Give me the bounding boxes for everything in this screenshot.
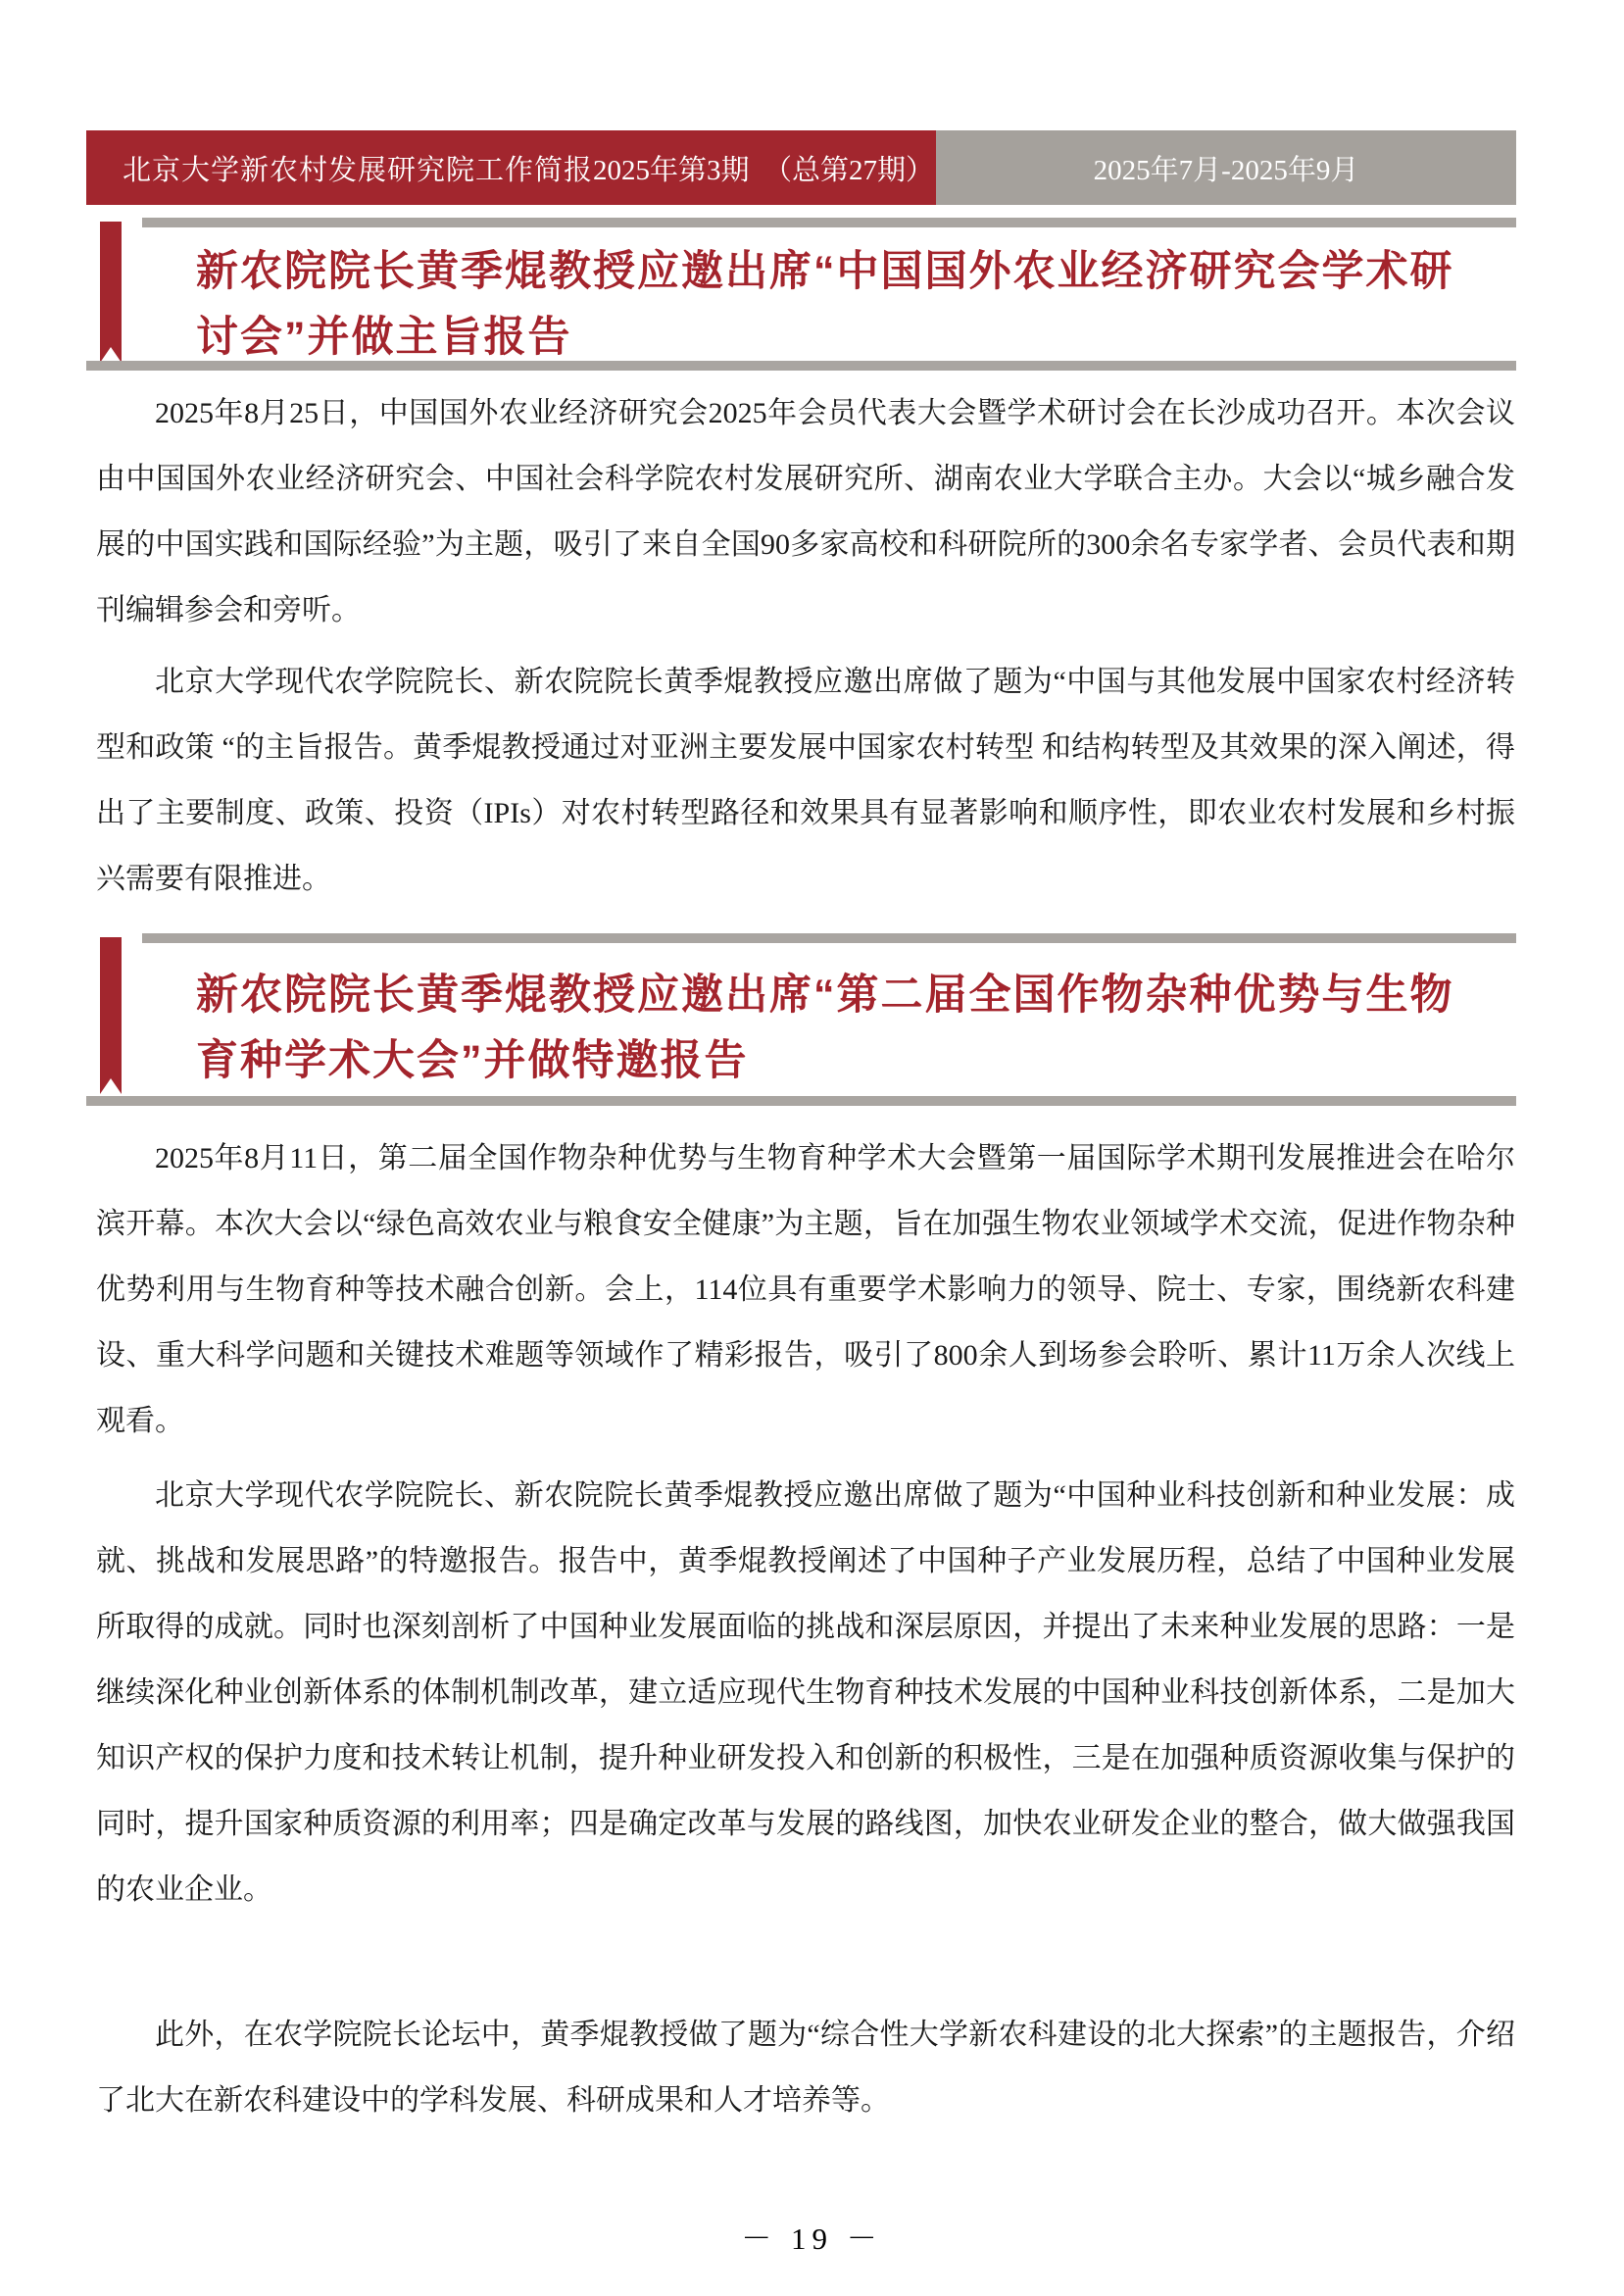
body-paragraph: 2025年8月11日，第二届全国作物杂种优势与生物育种学术大会暨第一届国际学术期… [96,1125,1515,1454]
masthead-title: 北京大学新农村发展研究院工作简报 [123,148,593,188]
ribbon-bookmark-icon [100,937,122,1094]
masthead-red-band: 北京大学新农村发展研究院工作简报 2025年第3期 （总第27期） [86,130,936,205]
divider-bar-bottom [86,361,1516,371]
body-paragraph: 北京大学现代农学院院长、新农院院长黄季焜教授应邀出席做了题为“中国种业科技创新和… [96,1463,1515,1922]
masthead-period-band: 2025年7月-2025年9月 [936,130,1516,205]
masthead: 北京大学新农村发展研究院工作简报 2025年第3期 （总第27期） 2025年7… [86,130,1516,205]
divider-bar-top [142,218,1516,227]
body-paragraph: 2025年8月25日，中国国外农业经济研究会2025年会员代表大会暨学术研讨会在… [96,380,1515,643]
body-paragraph: 北京大学现代农学院院长、新农院院长黄季焜教授应邀出席做了题为“中国与其他发展中国… [96,649,1515,912]
ribbon-bookmark-icon [100,222,122,363]
page-number: － 19 － [0,2214,1624,2258]
section-1-title: 新农院院长黄季焜教授应邀出席“中国国外农业经济研究会学术研讨会”并做主旨报告 [196,239,1485,371]
section-2-title: 新农院院长黄季焜教授应邀出席“第二届全国作物杂种优势与生物育种学术大会”并做特邀… [196,963,1485,1094]
section-1-heading: 新农院院长黄季焜教授应邀出席“中国国外农业经济研究会学术研讨会”并做主旨报告 [86,218,1516,371]
masthead-issue: 2025年第3期 （总第27期） [593,148,934,188]
body-paragraph: 此外，在农学院院长论坛中，黄季焜教授做了题为“综合性大学新农科建设的北大探索”的… [96,2002,1515,2133]
divider-bar-top [142,933,1516,943]
bulletin-page: 北京大学新农村发展研究院工作简报 2025年第3期 （总第27期） 2025年7… [0,0,1624,2296]
section-2-heading: 新农院院长黄季焜教授应邀出席“第二届全国作物杂种优势与生物育种学术大会”并做特邀… [86,933,1516,1106]
divider-bar-bottom [86,1096,1516,1106]
masthead-period: 2025年7月-2025年9月 [1094,148,1359,188]
